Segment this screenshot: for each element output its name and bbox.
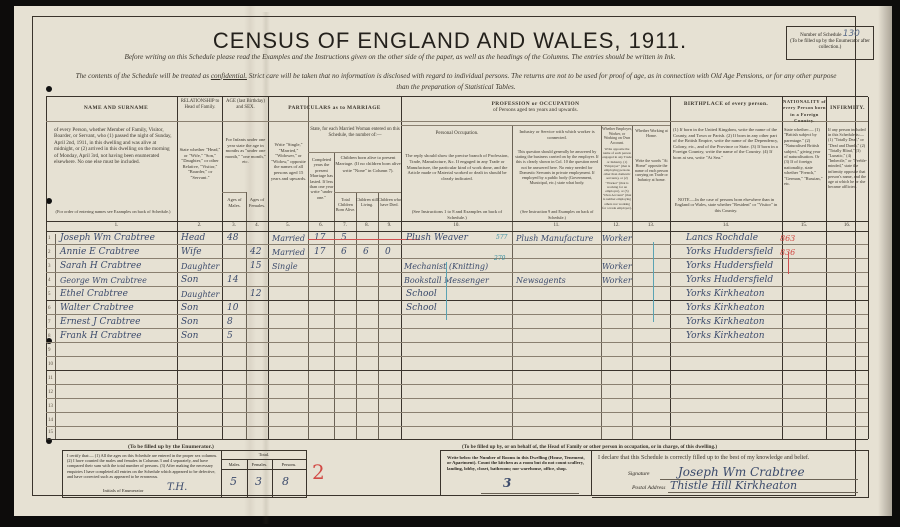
- signature-label: Signature: [628, 471, 650, 477]
- age-female: 12: [250, 289, 261, 299]
- employment-status: Worker: [602, 262, 632, 271]
- col-age-males: Ages of Males.: [223, 197, 246, 210]
- birthplace: Yorks Huddersfield: [686, 247, 773, 257]
- birthplace: Yorks Kirkheaton: [686, 303, 765, 313]
- col-name-desc: of every Person, whether Member of Famil…: [54, 127, 172, 165]
- birthplace: Yorks Huddersfield: [686, 261, 773, 271]
- industry: Plush Manufacture: [516, 234, 593, 243]
- birthplace: Yorks Kirkheaton: [686, 331, 765, 341]
- col-completed-years: Completed years the present Marriage has…: [309, 157, 334, 200]
- age-male: 14: [227, 275, 238, 285]
- col-industry-desc: This question should generally be answer…: [514, 149, 600, 185]
- binding-hole-top: [46, 86, 52, 92]
- occupation-code: 577: [496, 234, 507, 241]
- total-persons: 8: [282, 475, 289, 488]
- age-male: 8: [227, 317, 233, 327]
- occupation-code: 270: [494, 255, 505, 262]
- rooms-box: Write below the Number of Rooms in this …: [440, 450, 592, 496]
- occupation: Plush Weaver: [406, 233, 468, 243]
- col-home: Whether Working at Home.: [633, 129, 670, 139]
- col-name-note: (For order of entering names see Example…: [54, 209, 172, 215]
- employment-status: Worker: [602, 276, 632, 285]
- person-name: Annie E Crabtree: [60, 247, 139, 257]
- years-married: 17: [314, 247, 325, 257]
- postal-address-label: Postal Address: [632, 485, 665, 491]
- col-infirmity-desc: If any person included in this Schedule …: [828, 127, 867, 189]
- col-marriage-condition: Write "Single," "Married," "Widower," or…: [269, 142, 308, 181]
- rooms-instruction: Write below the Number of Rooms in this …: [447, 455, 585, 471]
- col-employer: Whether Employer, Worker, or Working on …: [602, 127, 632, 145]
- col-employer-desc: Write opposite the name of each person e…: [602, 147, 632, 210]
- household-table: NAME AND SURNAME of every Person, whethe…: [46, 96, 868, 440]
- persons-label: Persons.: [272, 462, 306, 467]
- relationship: Daughter: [181, 290, 219, 299]
- col-nationality-desc: State whether:— (1) "British subject by …: [784, 127, 825, 186]
- birthplace: Lancs Rochdale: [686, 233, 758, 243]
- relationship: Wife: [181, 247, 202, 257]
- person-name: George Wm Crabtree: [60, 276, 147, 285]
- col-children-total: Total Children Born Alive.: [335, 197, 356, 212]
- relationship: Son: [181, 303, 198, 313]
- col-age-title: AGE (last Birthday) and SEX.: [223, 99, 268, 112]
- col-marriage-title: PARTICULARS as to MARRIAGE: [268, 105, 401, 111]
- col-personal-occupation-note: (See Instructions 1 to 8 and Examples on…: [404, 209, 510, 222]
- checker-tick-mark-red: [788, 252, 789, 274]
- col-age-females: Ages of Females.: [246, 197, 268, 210]
- total-females: 3: [255, 475, 262, 488]
- employment-status: Worker: [602, 234, 632, 243]
- checker-tick-mark: [446, 262, 447, 320]
- person-name: Frank H Crabtree: [60, 331, 142, 341]
- females-label: Females.: [247, 462, 272, 467]
- col-industry: Industry or Service with which worker is…: [513, 129, 601, 142]
- birthplace: Yorks Kirkheaton: [686, 317, 765, 327]
- initials-label: Initials of Enumerator: [103, 488, 144, 493]
- col-name-title: NAME AND SURNAME: [56, 105, 176, 111]
- occupation: School: [406, 289, 437, 299]
- form-title: CENSUS OF ENGLAND AND WALES, 1911.: [0, 28, 900, 54]
- enumerator-certification: I certify that:— (1) All the ages on thi…: [67, 453, 219, 479]
- relationship: Head: [181, 233, 205, 243]
- marital-condition: Single: [272, 262, 298, 271]
- person-name: Sarah H Crabtree: [60, 261, 141, 271]
- col-birthplace-desc: (1) If born in the United Kingdom, write…: [673, 127, 779, 161]
- age-male: 5: [227, 331, 233, 341]
- confidential-word: confidential.: [211, 72, 247, 80]
- person-name: Joseph Wm Crabtree: [60, 233, 155, 243]
- schedule-number-value: 130: [843, 29, 860, 39]
- total-males: 5: [230, 475, 237, 488]
- col-birthplace-note: NOTE.—In the case of persons born elsewh…: [673, 197, 779, 213]
- children-died: 0: [385, 247, 391, 257]
- confidentiality-notice: The contents of the Schedule will be tre…: [46, 71, 866, 93]
- marital-condition: Married: [272, 234, 305, 243]
- declaration-box: I declare that this Schedule is correctl…: [592, 450, 869, 498]
- col-relationship-desc: State whether "Head," or "Wife," "Son," …: [178, 147, 222, 181]
- col-personal-occupation: Personal Occupation.: [402, 131, 512, 137]
- age-male: 10: [227, 303, 238, 313]
- enumerator-initials: T.H.: [167, 482, 187, 493]
- relationship: Daughter: [181, 262, 219, 271]
- occupation: School: [406, 303, 437, 313]
- col-home-desc: Write the words "At Home" opposite the n…: [633, 159, 670, 183]
- children-total: 5: [341, 233, 347, 243]
- totals-table: Total. Males. Females. Persons. 5 3 8: [221, 451, 306, 497]
- relationship: Son: [181, 331, 198, 341]
- col-birthplace-title: BIRTHPLACE of every person.: [670, 101, 782, 107]
- person-name: Ethel Crabtree: [60, 289, 128, 299]
- red-strikethrough: [308, 239, 420, 240]
- declaration-text: I declare that this Schedule is correctl…: [598, 455, 809, 461]
- col-personal-occupation-desc: The reply should show the precise branch…: [404, 153, 510, 182]
- males-label: Males.: [222, 462, 247, 467]
- col-occupation-title: PROFESSION or OCCUPATIONof Persons aged …: [401, 101, 670, 114]
- enumerator-box: I certify that:— (1) All the ages on thi…: [62, 450, 307, 498]
- postal-address-value: Thistle Hill Kirkheaton: [670, 479, 797, 492]
- years-married: 17: [314, 233, 325, 243]
- person-name: Walter Crabtree: [60, 303, 134, 313]
- person-name: Ernest J Crabtree: [60, 317, 140, 327]
- birthplace: Yorks Huddersfield: [686, 275, 773, 285]
- checker-tick-mark: [653, 242, 654, 322]
- age-male: 48: [227, 233, 238, 243]
- col-children-died: Children who have Died.: [378, 197, 401, 207]
- schedule-number-box: Number of Schedule 130 (To be filled up …: [786, 26, 874, 60]
- col-age-desc: For Infants under one year state the age…: [223, 137, 268, 165]
- signature-value: Joseph Wm Crabtree: [678, 465, 805, 479]
- col-industry-note: (See Instruction 9 and Examples on back …: [514, 209, 600, 222]
- birthplace: Yorks Kirkheaton: [686, 289, 765, 299]
- col-married-women: State, for each Married Woman entered on…: [309, 127, 401, 140]
- children-living: 6: [363, 247, 369, 257]
- col-children-living: Children still Living.: [356, 197, 378, 207]
- rooms-count: 3: [503, 481, 511, 487]
- industry: Newsagents: [516, 276, 566, 285]
- instruction-line: Before writing on this Schedule please r…: [0, 53, 800, 61]
- col-infirmity-title: INFIRMITY.: [827, 105, 868, 111]
- birthplace-code: 863: [780, 234, 795, 243]
- relationship: Son: [181, 317, 198, 327]
- col-relationship-title: RELATIONSHIP to Head of Family.: [178, 99, 222, 112]
- relationship: Son: [181, 275, 198, 285]
- age-female: 15: [250, 261, 261, 271]
- age-female: 42: [250, 247, 261, 257]
- children-total: 6: [341, 247, 347, 257]
- col-children: Children born alive to present Marriage.…: [335, 155, 401, 174]
- col-nationality-title: NATIONALITY of every Person born in a Fo…: [783, 99, 826, 125]
- marital-condition: Married: [272, 248, 305, 257]
- red-annotation-mark: 2: [312, 460, 325, 484]
